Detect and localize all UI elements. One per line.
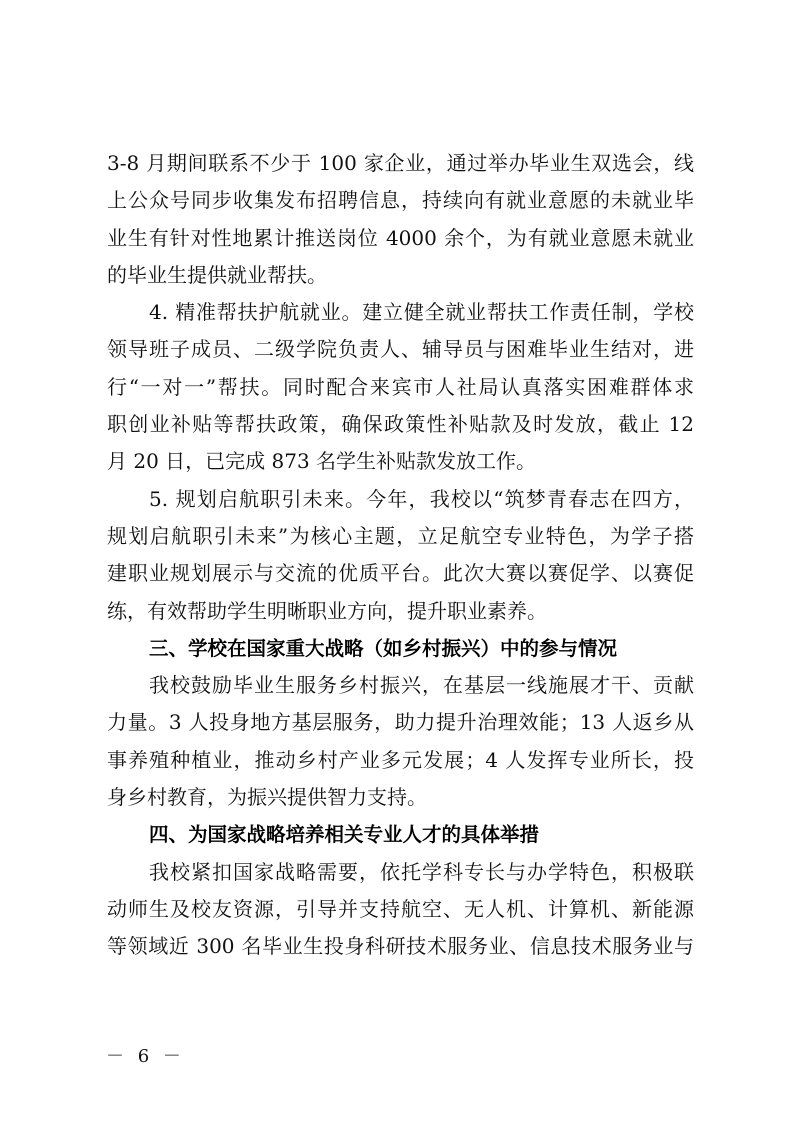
text-line: 5. 规划启航职引未来。今年，我校以“筑梦青春志在四方， — [107, 481, 694, 518]
text-line: 我校紧扣国家战略需要，依托学科专长与办学特色，积极联 — [107, 854, 694, 891]
text-line: 4. 精准帮扶护航就业。建立健全就业帮扶工作责任制，学校 — [107, 294, 694, 331]
text-line: 我校鼓励毕业生服务乡村振兴，在基层一线施展才干、贡献 — [107, 667, 694, 704]
text-line: 身乡村教育，为振兴提供智力支持。 — [107, 779, 694, 816]
text-line: 行“一对一”帮扶。同时配合来宾市人社局认真落实困难群体求 — [107, 369, 694, 406]
document-page: 3-8 月期间联系不少于 100 家企业，通过举办毕业生双选会，线 上公众号同步… — [0, 0, 794, 1123]
page-number: － 6 － — [106, 1042, 185, 1068]
text-line: 业生有针对性地累计推送岗位 4000 余个，为有就业意愿未就业 — [107, 220, 694, 257]
page-body: 3-8 月期间联系不少于 100 家企业，通过举办毕业生双选会，线 上公众号同步… — [107, 145, 694, 966]
paragraph-talent-cultivation: 我校紧扣国家战略需要，依托学科专长与办学特色，积极联 动师生及校友资源，引导并支… — [107, 854, 694, 966]
text-line: 规划启航职引未来”为核心主题，立足航空专业特色，为学子搭 — [107, 518, 694, 555]
text-line: 的毕业生提供就业帮扶。 — [107, 257, 694, 294]
paragraph-employment-outreach: 3-8 月期间联系不少于 100 家企业，通过举办毕业生双选会，线 上公众号同步… — [107, 145, 694, 294]
text-line: 事养殖种植业，推动乡村产业多元发展；4 人发挥专业所长，投 — [107, 742, 694, 779]
text-line: 领导班子成员、二级学院负责人、辅导员与困难毕业生结对，进 — [107, 331, 694, 368]
paragraph-rural-revitalization: 我校鼓励毕业生服务乡村振兴，在基层一线施展才干、贡献 力量。3 人投身地方基层服… — [107, 667, 694, 816]
text-line: 月 20 日，已完成 873 名学生补贴款发放工作。 — [107, 443, 694, 480]
text-line: 职创业补贴等帮扶政策，确保政策性补贴款及时发放，截止 12 — [107, 406, 694, 443]
paragraph-item-5-career-planning: 5. 规划启航职引未来。今年，我校以“筑梦青春志在四方， 规划启航职引未来”为核… — [107, 481, 694, 630]
section-heading-3: 三、学校在国家重大战略（如乡村振兴）中的参与情况 — [107, 630, 694, 667]
text-line: 上公众号同步收集发布招聘信息，持续向有就业意愿的未就业毕 — [107, 182, 694, 219]
text-line: 练，有效帮助学生明晰职业方向，提升职业素养。 — [107, 593, 694, 630]
section-heading-4: 四、为国家战略培养相关专业人才的具体举措 — [107, 816, 694, 853]
text-line: 力量。3 人投身地方基层服务，助力提升治理效能；13 人返乡从 — [107, 704, 694, 741]
text-line: 等领域近 300 名毕业生投身科研技术服务业、信息技术服务业与 — [107, 928, 694, 965]
text-line: 3-8 月期间联系不少于 100 家企业，通过举办毕业生双选会，线 — [107, 145, 694, 182]
text-line: 动师生及校友资源，引导并支持航空、无人机、计算机、新能源 — [107, 891, 694, 928]
text-line: 建职业规划展示与交流的优质平台。此次大赛以赛促学、以赛促 — [107, 555, 694, 592]
paragraph-item-4-precise-assistance: 4. 精准帮扶护航就业。建立健全就业帮扶工作责任制，学校 领导班子成员、二级学院… — [107, 294, 694, 480]
